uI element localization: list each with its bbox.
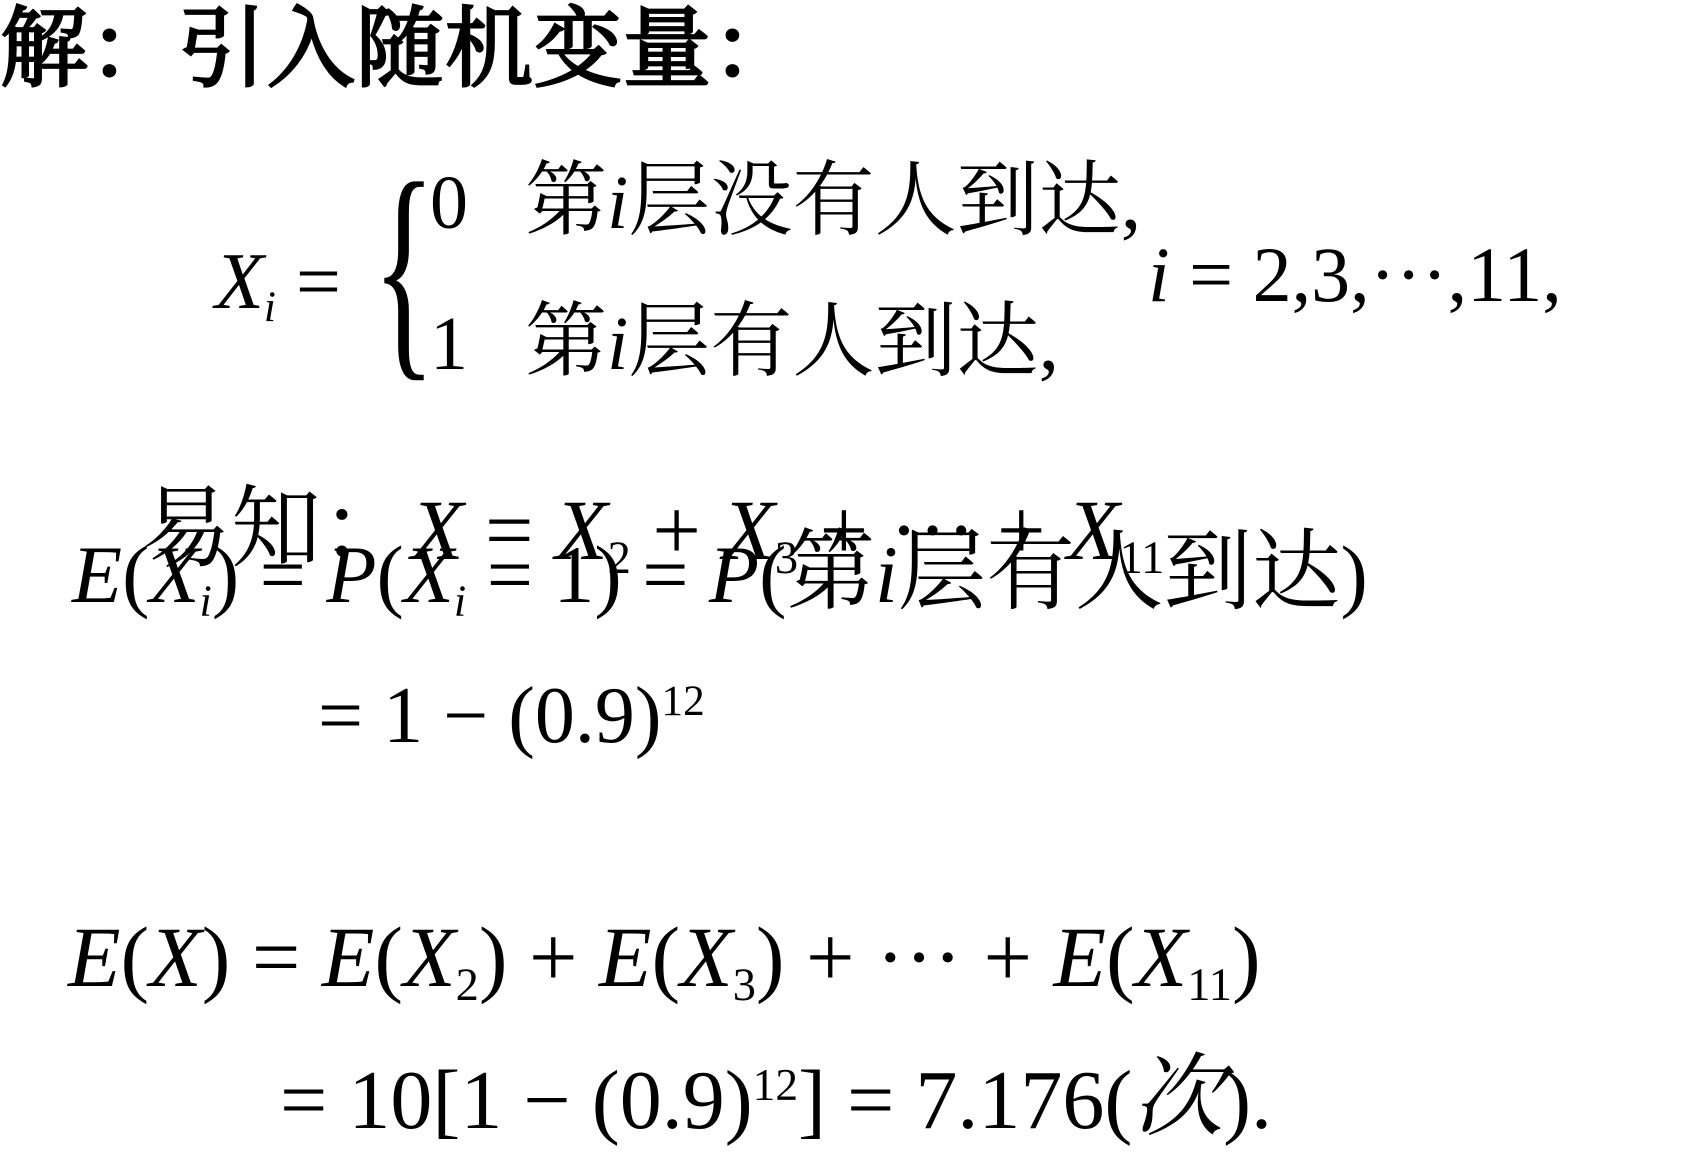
formula-segment: E	[1053, 909, 1106, 1005]
formula-segment: ) =	[202, 909, 322, 1005]
formula-segment: ] = 7.176(	[798, 1054, 1132, 1147]
expectation-xi-line: E(Xi) = P(Xi = 1) = P(第i层有人到达)	[72, 525, 1368, 626]
formula-segment: 1	[430, 302, 468, 386]
formula-segment: X	[149, 909, 202, 1005]
formula-segment: =	[276, 238, 361, 326]
formula-segment: P	[709, 529, 759, 620]
brace-glyph: {	[372, 148, 435, 388]
formula-segment: (	[1106, 909, 1135, 1005]
formula-segment: 层有人到达,	[628, 296, 1059, 387]
formula-segment: i	[607, 161, 628, 245]
formula-segment: E	[68, 909, 121, 1005]
expectation-total-line: E(X) = E(X2) + E(X3) + ··· + E(X11)	[68, 910, 1261, 1011]
formula-segment: 层有人到达	[898, 524, 1341, 622]
formula-segment: X	[404, 529, 454, 620]
formula-segment	[468, 161, 525, 245]
formula-segment: 12	[662, 678, 705, 725]
formula-segment: i	[264, 284, 276, 331]
formula-segment: i	[607, 302, 628, 386]
formula-segment: 0	[430, 161, 468, 245]
formula-segment: 第	[786, 524, 875, 622]
case-zero: 0 第i层没有人到达,	[430, 150, 1141, 253]
probability-value-line: = 1 − (0.9)12	[318, 672, 705, 760]
solution-title: 解：引入随机变量：	[0, 0, 801, 101]
formula-segment: 层没有人到达,	[628, 155, 1141, 246]
formula-segment: i	[454, 576, 466, 625]
formula-segment: X	[149, 529, 199, 620]
formula-segment: X	[1135, 909, 1188, 1005]
formula-segment: (	[759, 529, 786, 620]
formula-segment: (	[374, 909, 403, 1005]
formula-segment: P	[326, 529, 376, 620]
formula-segment: i	[200, 576, 212, 625]
formula-segment: 3	[733, 960, 756, 1011]
formula-segment: 2	[456, 960, 479, 1011]
formula-segment: 次	[1132, 1047, 1223, 1148]
case-one: 1 第i层有人到达,	[430, 291, 1141, 394]
formula-segment: (	[121, 909, 150, 1005]
formula-segment	[468, 302, 525, 386]
formula-segment: )	[1341, 529, 1368, 620]
formula-segment: ) =	[212, 529, 327, 620]
formula-segment: X	[403, 909, 456, 1005]
formula-segment: 11	[1187, 960, 1232, 1011]
formula-segment: = 10[1 − (0.9)	[280, 1054, 753, 1147]
left-brace: {	[378, 148, 430, 388]
formula-segment: = 1) =	[466, 529, 709, 620]
formula-segment: = 2,3,···,11,	[1170, 231, 1562, 318]
solution-slide: 解：引入随机变量： Xi = { 0 第i层没有人到达, 1 第i层有人到达, …	[0, 0, 1704, 1174]
formula-segment: X	[215, 238, 264, 326]
formula-segment: ) + ··· +	[756, 909, 1054, 1005]
formula-segment: 第	[525, 155, 607, 246]
formula-segment: E	[72, 529, 122, 620]
definition-cases: 0 第i层没有人到达, 1 第i层有人到达,	[430, 150, 1141, 393]
formula-segment: 12	[753, 1060, 798, 1110]
formula-segment: = 1 − (0.9)	[318, 672, 662, 760]
definition-lhs: Xi =	[215, 238, 361, 331]
formula-segment: E	[599, 909, 652, 1005]
formula-segment: (	[122, 529, 149, 620]
formula-segment: i	[1148, 231, 1170, 318]
formula-segment: 第	[525, 296, 607, 387]
formula-segment: (	[376, 529, 403, 620]
formula-segment: ).	[1223, 1054, 1272, 1147]
formula-segment: X	[680, 909, 733, 1005]
formula-segment: )	[1232, 909, 1261, 1005]
index-range: i = 2,3,···,11,	[1148, 232, 1562, 318]
formula-segment: i	[875, 529, 898, 620]
formula-segment: ) +	[479, 909, 599, 1005]
formula-segment: (	[652, 909, 681, 1005]
formula-segment: E	[322, 909, 375, 1005]
final-result-line: = 10[1 − (0.9)12] = 7.176(次).	[280, 1048, 1272, 1148]
